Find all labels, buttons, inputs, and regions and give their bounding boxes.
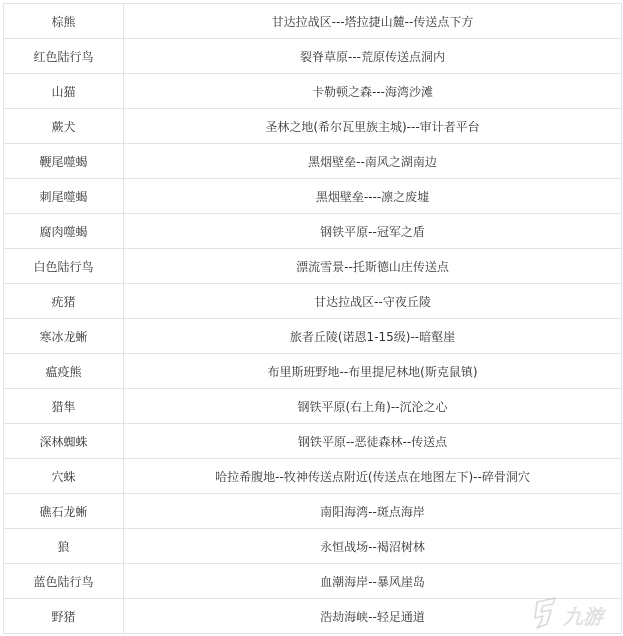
location-cell: 旅者丘陵(诺恩1-15级)--暗壑崖 <box>124 319 622 354</box>
table-row: 棕熊甘达拉战区---塔拉捷山麓--传送点下方 <box>4 4 622 39</box>
creature-location-table: 棕熊甘达拉战区---塔拉捷山麓--传送点下方红色陆行鸟裂脊草原---荒原传送点洞… <box>3 3 622 634</box>
location-cell: 黑烟壁垒--南风之湖南边 <box>124 144 622 179</box>
creature-name-cell: 棕熊 <box>4 4 124 39</box>
table-row: 腐肉噬蝎钢铁平原--冠军之盾 <box>4 214 622 249</box>
location-cell: 裂脊草原---荒原传送点洞内 <box>124 39 622 74</box>
watermark: 九游 <box>529 594 619 634</box>
creature-name-cell: 深林蜘蛛 <box>4 424 124 459</box>
creature-name-cell: 礁石龙蜥 <box>4 494 124 529</box>
creature-name-cell: 蕨犬 <box>4 109 124 144</box>
creature-name-cell: 白色陆行鸟 <box>4 249 124 284</box>
creature-name-cell: 狼 <box>4 529 124 564</box>
creature-name-cell: 鞭尾噬蝎 <box>4 144 124 179</box>
creature-location-table-container: 棕熊甘达拉战区---塔拉捷山麓--传送点下方红色陆行鸟裂脊草原---荒原传送点洞… <box>3 3 620 634</box>
creature-name-cell: 野猪 <box>4 599 124 634</box>
creature-name-cell: 山猫 <box>4 74 124 109</box>
location-cell: 哈拉希腹地--牧神传送点附近(传送点在地图左下)--碎骨洞穴 <box>124 459 622 494</box>
creature-name-cell: 疣猪 <box>4 284 124 319</box>
location-cell: 布里斯班野地--布里提尼林地(斯克鼠镇) <box>124 354 622 389</box>
table-row: 刺尾噬蝎黑烟壁垒----凛之废墟 <box>4 179 622 214</box>
creature-name-cell: 寒冰龙蜥 <box>4 319 124 354</box>
location-cell: 甘达拉战区---塔拉捷山麓--传送点下方 <box>124 4 622 39</box>
jiuyou-logo-icon: 九游 <box>529 594 619 634</box>
table-row: 红色陆行鸟裂脊草原---荒原传送点洞内 <box>4 39 622 74</box>
table-row: 穴蛛哈拉希腹地--牧神传送点附近(传送点在地图左下)--碎骨洞穴 <box>4 459 622 494</box>
creature-name-cell: 猎隼 <box>4 389 124 424</box>
creature-name-cell: 瘟疫熊 <box>4 354 124 389</box>
watermark-text: 九游 <box>563 605 606 629</box>
location-cell: 黑烟壁垒----凛之废墟 <box>124 179 622 214</box>
creature-name-cell: 穴蛛 <box>4 459 124 494</box>
creature-name-cell: 红色陆行鸟 <box>4 39 124 74</box>
table-row: 疣猪甘达拉战区--守夜丘陵 <box>4 284 622 319</box>
table-row: 寒冰龙蜥旅者丘陵(诺恩1-15级)--暗壑崖 <box>4 319 622 354</box>
table-row: 山猫卡勒顿之森---海湾沙滩 <box>4 74 622 109</box>
location-cell: 钢铁平原--冠军之盾 <box>124 214 622 249</box>
location-cell: 漂流雪景--托斯德山庄传送点 <box>124 249 622 284</box>
creature-name-cell: 刺尾噬蝎 <box>4 179 124 214</box>
location-cell: 卡勒顿之森---海湾沙滩 <box>124 74 622 109</box>
table-row: 鞭尾噬蝎黑烟壁垒--南风之湖南边 <box>4 144 622 179</box>
location-cell: 永恒战场--褐沼树林 <box>124 529 622 564</box>
location-cell: 钢铁平原--恶徒森林--传送点 <box>124 424 622 459</box>
location-cell: 南阳海湾--斑点海岸 <box>124 494 622 529</box>
location-cell: 圣林之地(希尔瓦里族主城)---审计者平台 <box>124 109 622 144</box>
table-body: 棕熊甘达拉战区---塔拉捷山麓--传送点下方红色陆行鸟裂脊草原---荒原传送点洞… <box>4 4 622 634</box>
table-row: 蕨犬圣林之地(希尔瓦里族主城)---审计者平台 <box>4 109 622 144</box>
location-cell: 钢铁平原(右上角)--沉沦之心 <box>124 389 622 424</box>
creature-name-cell: 腐肉噬蝎 <box>4 214 124 249</box>
creature-name-cell: 蓝色陆行鸟 <box>4 564 124 599</box>
location-cell: 甘达拉战区--守夜丘陵 <box>124 284 622 319</box>
table-row: 白色陆行鸟漂流雪景--托斯德山庄传送点 <box>4 249 622 284</box>
table-row: 礁石龙蜥南阳海湾--斑点海岸 <box>4 494 622 529</box>
table-row: 深林蜘蛛钢铁平原--恶徒森林--传送点 <box>4 424 622 459</box>
table-row: 瘟疫熊布里斯班野地--布里提尼林地(斯克鼠镇) <box>4 354 622 389</box>
table-row: 狼永恒战场--褐沼树林 <box>4 529 622 564</box>
table-row: 猎隼钢铁平原(右上角)--沉沦之心 <box>4 389 622 424</box>
